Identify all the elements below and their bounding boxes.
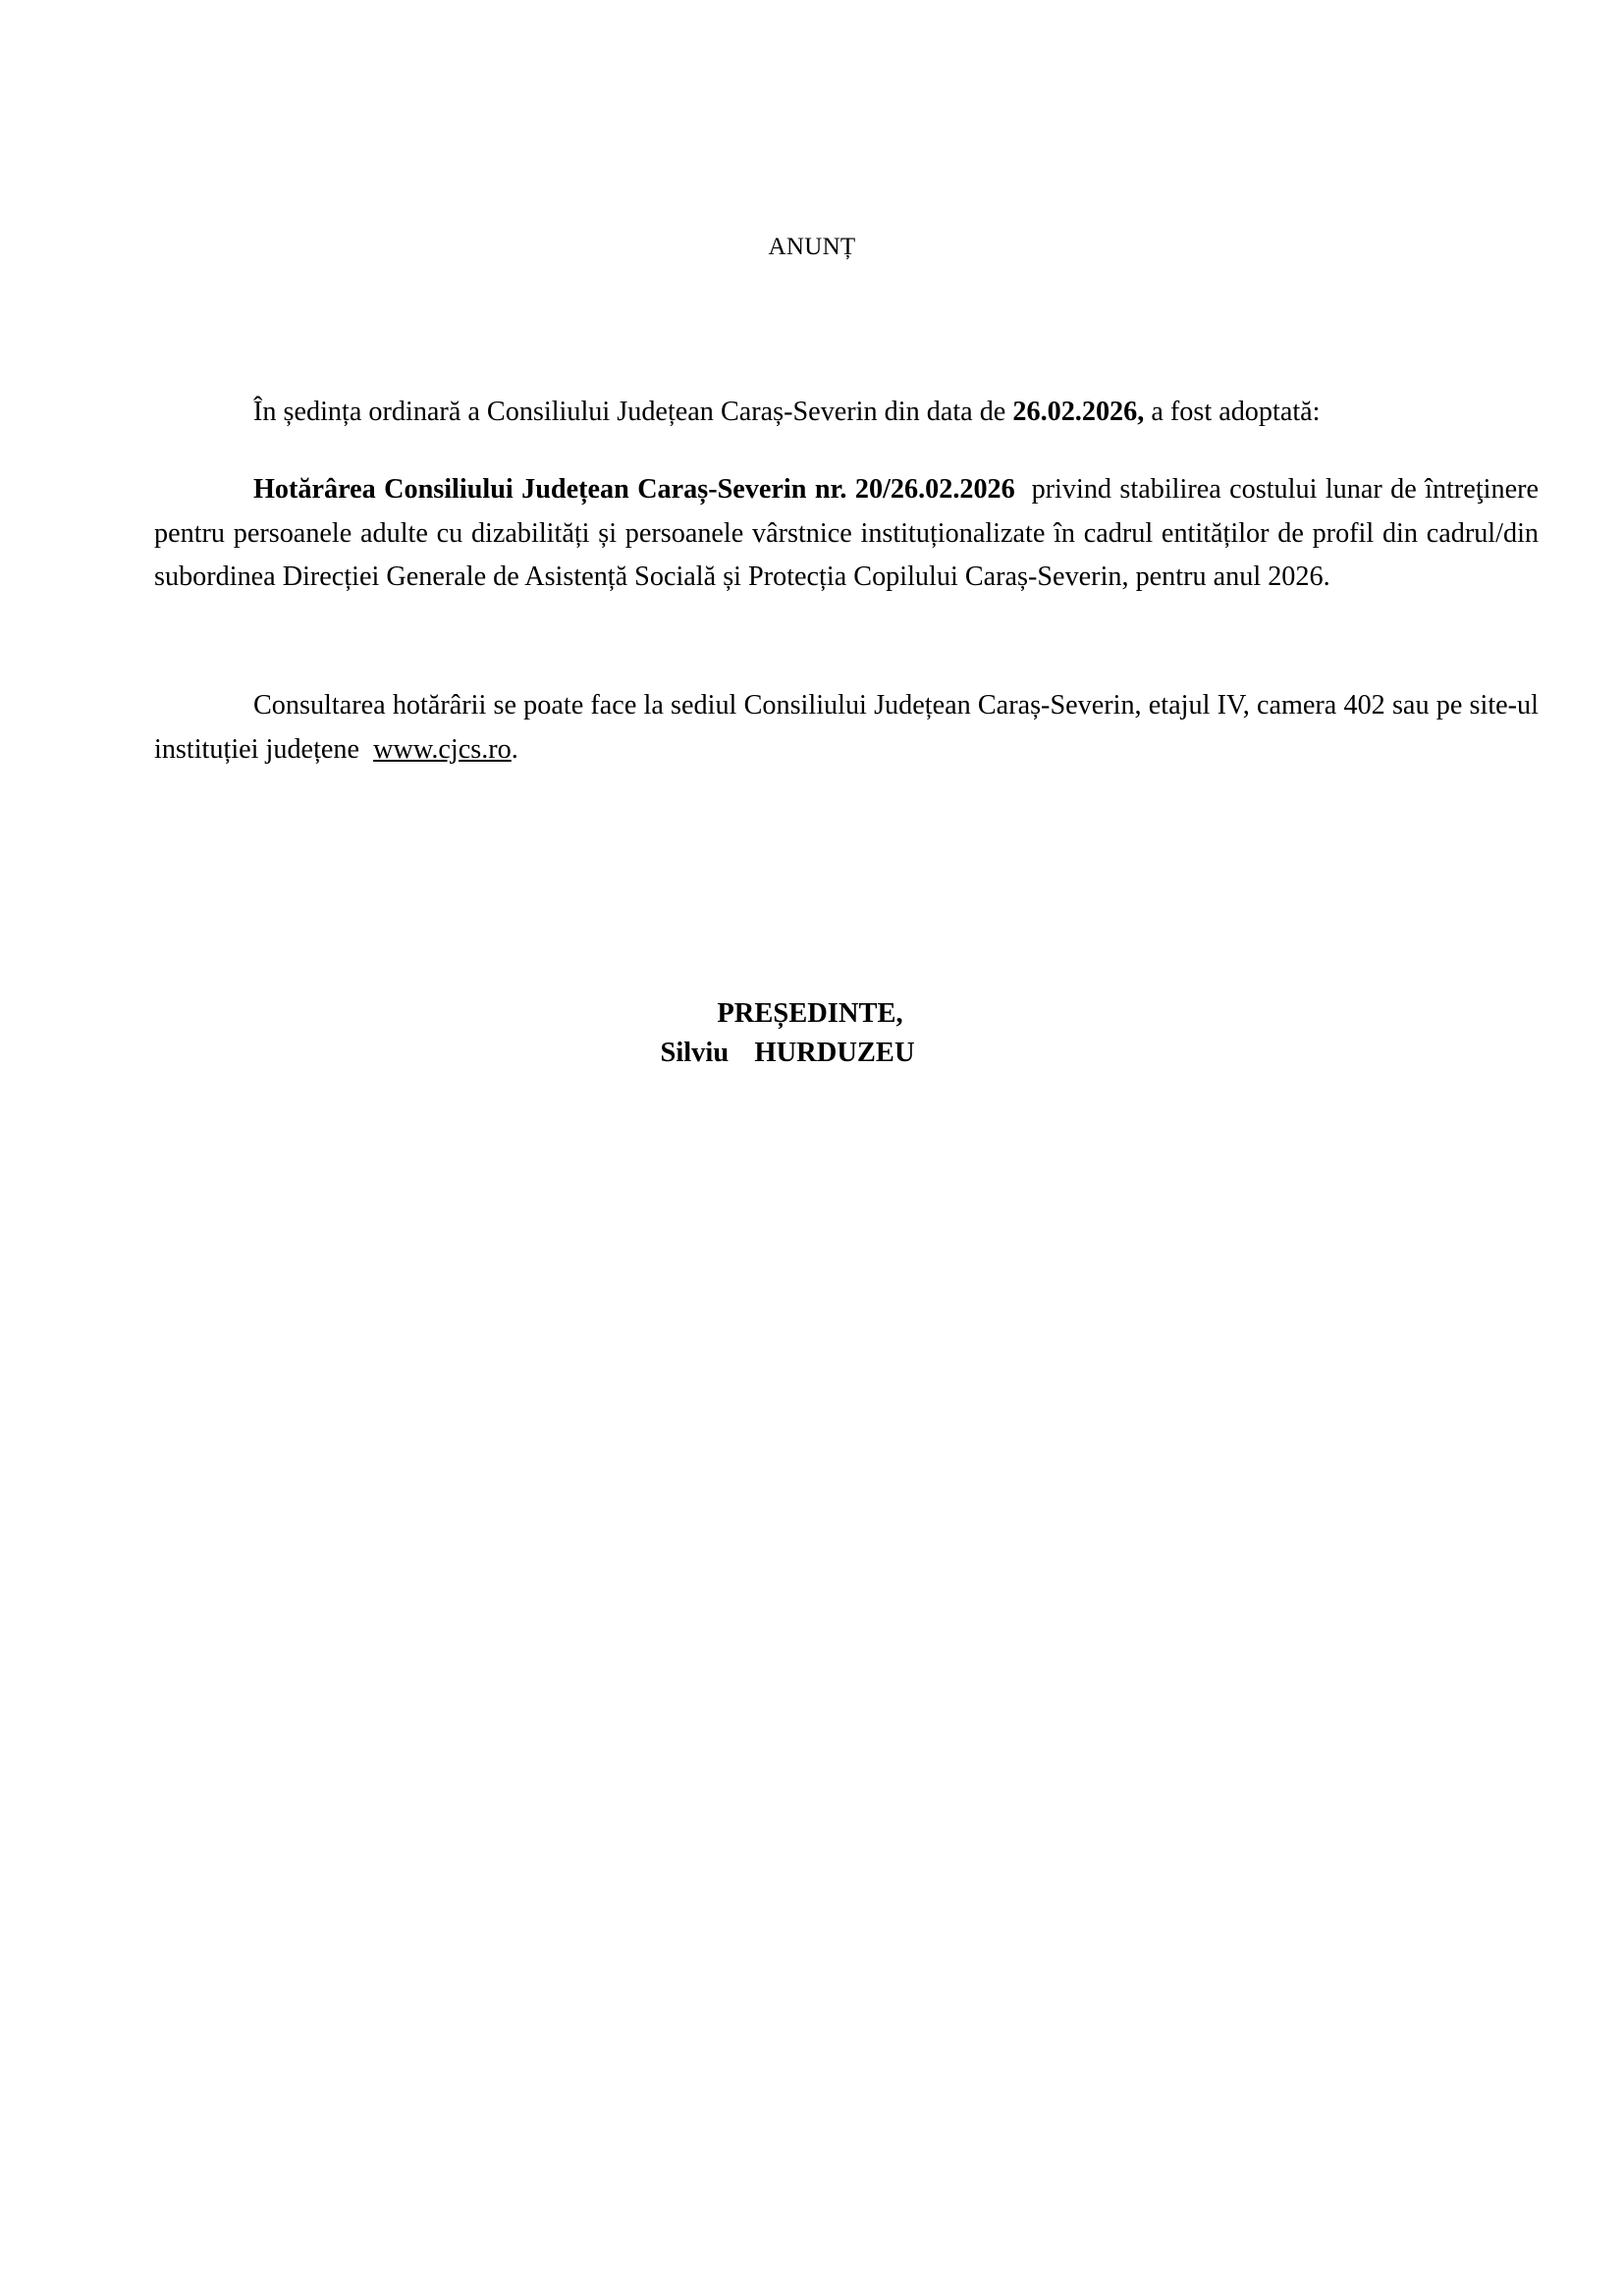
paragraph-consultation: Consultarea hotărârii se poate face la s… <box>154 684 1539 772</box>
website-link[interactable]: www.cjcs.ro <box>373 734 512 765</box>
signature-block: PREȘEDINTE, Silviu HURDUZEU <box>0 994 1624 1073</box>
decision-title: Hotărârea Consiliului Județean Caraș-Sev… <box>253 474 1015 505</box>
meeting-date: 26.02.2026, <box>1012 397 1144 427</box>
paragraph1-text-after: a fost adoptată: <box>1144 397 1320 427</box>
document-title: ANUNȚ <box>0 234 1624 261</box>
paragraph1-text-before: În ședința ordinară a Consiliului Județe… <box>253 397 1012 427</box>
signature-name: Silviu HURDUZEU <box>0 1034 1624 1073</box>
paragraph-decision: Hotărârea Consiliului Județean Caraș-Sev… <box>154 468 1539 600</box>
consultation-text: Consultarea hotărârii se poate face la s… <box>154 690 1545 765</box>
paragraph-meeting-announcement: În ședința ordinară a Consiliului Județe… <box>154 391 1539 435</box>
signature-role: PREȘEDINTE, <box>0 994 1624 1034</box>
consultation-text-end: . <box>512 734 518 765</box>
